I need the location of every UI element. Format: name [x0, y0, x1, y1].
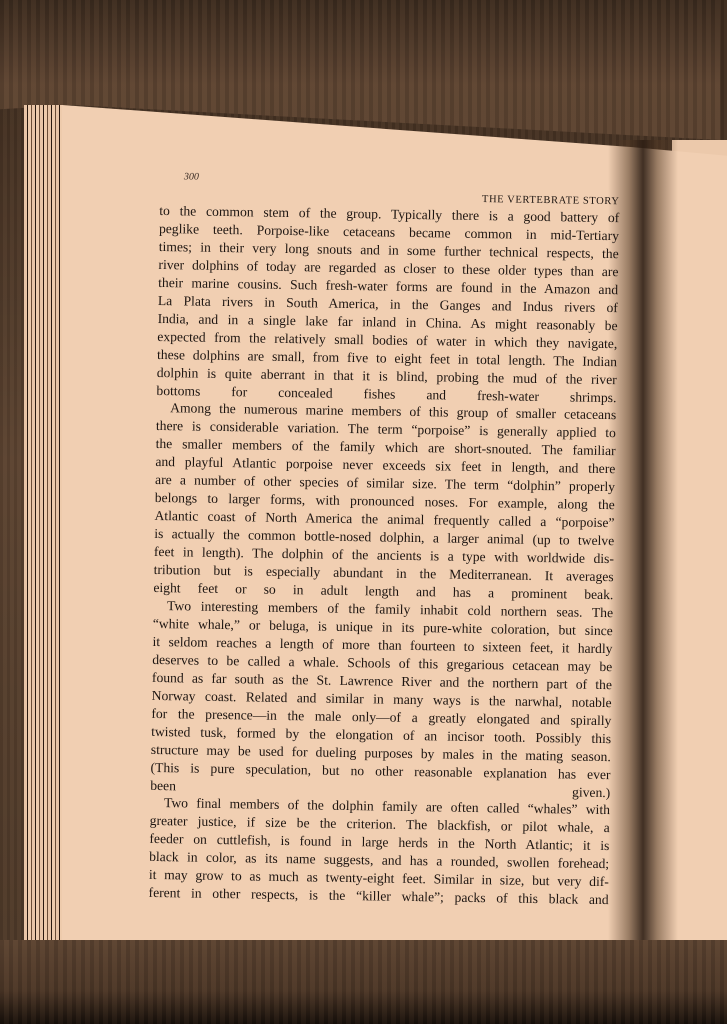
paragraph: Two interesting members of the family in… — [150, 597, 613, 802]
paragraph: Two final members of the dolphin family … — [148, 794, 610, 909]
page-content: 300 THE VERTEBRATE STORY to the common s… — [148, 168, 619, 909]
paragraph: Among the numerous marine members of thi… — [153, 399, 616, 604]
page-edges — [24, 105, 64, 945]
book-photo: a wwhmafinof tBecTSoutheNora milaregerar… — [0, 0, 727, 1024]
book-cover-bottom — [0, 940, 727, 1024]
body-text: to the common stem of the group. Typical… — [148, 202, 619, 909]
paragraph: to the common stem of the group. Typical… — [156, 202, 619, 407]
